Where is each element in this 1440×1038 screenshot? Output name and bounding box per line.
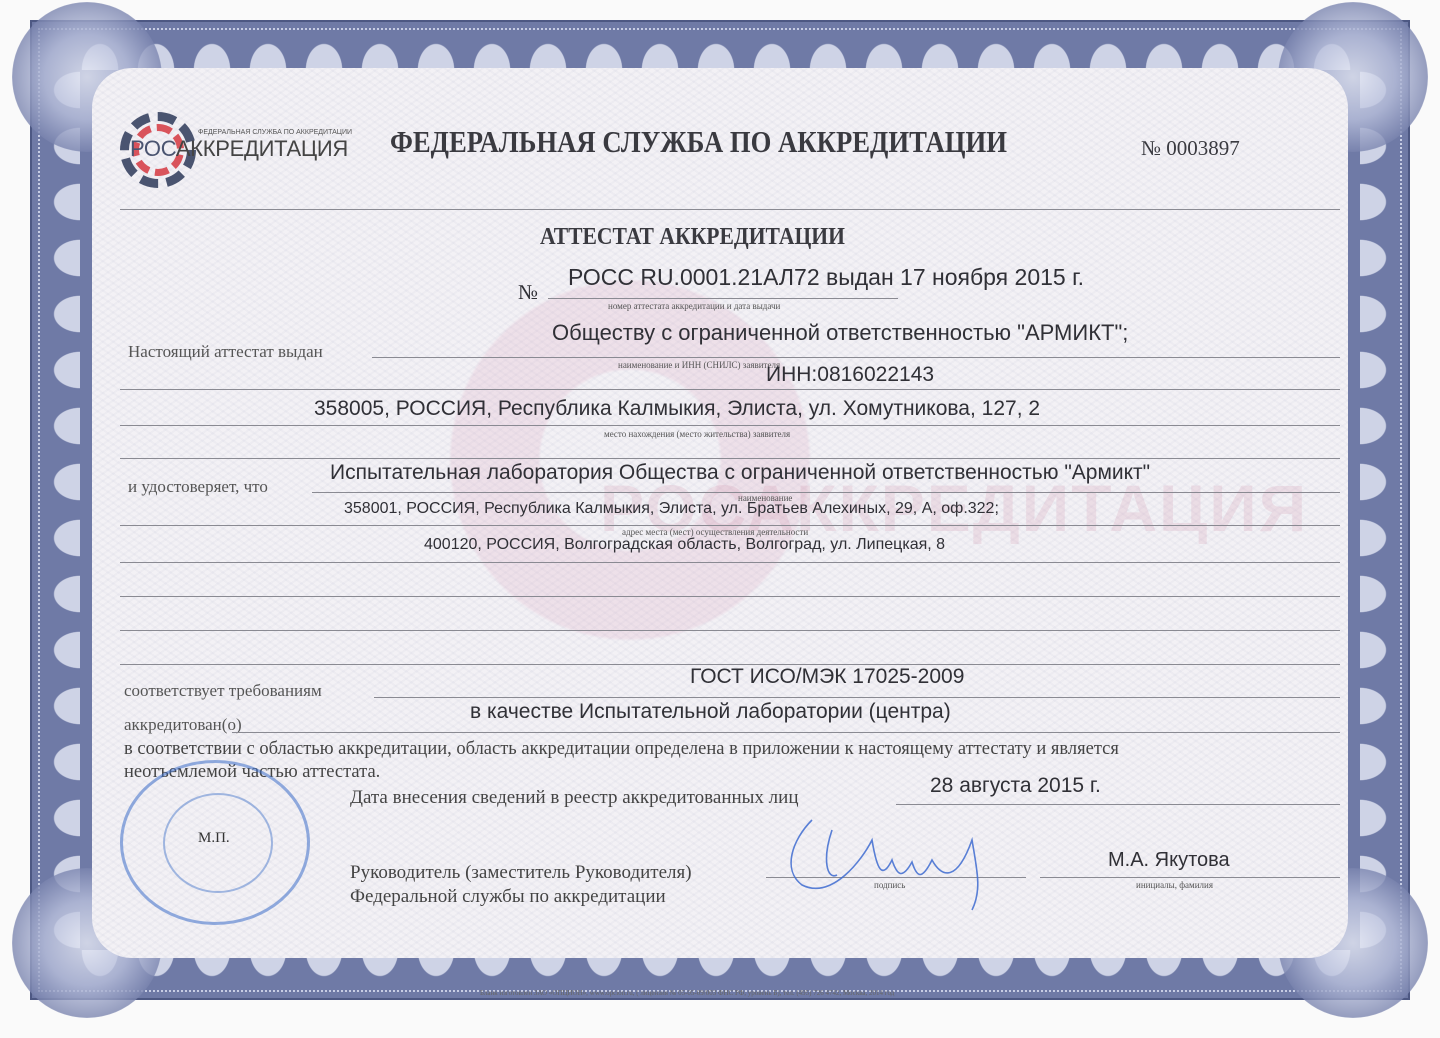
seal-placeholder-label: М.П. [198,830,230,847]
logo-subtitle: ФЕДЕРАЛЬНАЯ СЛУЖБА ПО АККРЕДИТАЦИИ [198,129,352,136]
printer-imprint: Бланк изготовлен ЗАО «ОПЦИОН», www.opcio… [480,989,894,997]
watermark-emblem-icon [420,250,840,670]
logo-suffix: АККРЕДИТАЦИЯ [176,136,348,161]
logo-prefix: РОС [130,136,176,161]
underline [120,389,1340,390]
form-number: № 0003897 [1141,136,1240,161]
rosaccreditation-logo: ФЕДЕРАЛЬНАЯ СЛУЖБА ПО АККРЕДИТАЦИИ РОСАК… [120,108,360,194]
scope-text-line-1: в соответствии с областью аккредитации, … [124,739,1119,760]
border-ornament-top [72,30,1368,70]
certificate-number-caption: номер аттестата аккредитации и дата выда… [608,301,780,311]
border-ornament-left [40,62,80,958]
applicant-inn: ИНН:0816022143 [766,363,934,387]
underline [232,732,1340,733]
underline [120,562,1340,563]
underline [548,298,898,299]
laboratory-address-2: 400120, РОССИЯ, Волгоградская область, В… [424,536,945,554]
signatory-title-line-2: Федеральной службы по аккредитации [350,886,666,908]
registry-date-label: Дата внесения сведений в реестр аккредит… [350,787,799,809]
accreditation-capacity: в качестве Испытательной лаборатории (це… [470,700,951,724]
underline [120,425,1340,426]
underline [120,596,1340,597]
certificate-number: РОСС RU.0001.21АЛ72 выдан 17 ноября 2015… [568,264,1084,291]
signatory-name: М.А. Якутова [1108,849,1230,872]
underline [120,458,1340,459]
logo-wordmark: РОСАККРЕДИТАЦИЯ [130,136,348,162]
divider [120,209,1340,210]
underline [120,525,1340,526]
issued-to-label: Настоящий аттестат выдан [128,342,323,362]
agency-title: ФЕДЕРАЛЬНАЯ СЛУЖБА ПО АККРЕДИТАЦИИ [390,124,1007,160]
applicant-name-caption: наименование и ИНН (СНИЛС) заявителя [618,360,780,370]
certificate-heading: АТТЕСТАТ АККРЕДИТАЦИИ [540,224,845,251]
signatory-title-line-1: Руководитель (заместитель Руководителя) [350,862,692,884]
underline [120,630,1340,631]
number-sign: № [518,280,538,305]
laboratory-name: Испытательная лаборатория Общества с огр… [330,461,1150,485]
border-ornament-right [1360,62,1400,958]
applicant-name: Обществу с ограниченной ответственностью… [552,320,1128,346]
signatory-name-caption: инициалы, фамилия [1136,880,1213,890]
underline [312,492,1340,493]
underline [374,697,1340,698]
requirements-label: соответствует требованиям [124,681,322,701]
accredited-label: аккредитован(о) [124,715,242,735]
registry-date: 28 августа 2015 г. [930,774,1101,798]
laboratory-address-1: 358001, РОССИЯ, Республика Калмыкия, Эли… [344,500,999,518]
certifies-label: и удостоверяет, что [128,477,268,497]
handwritten-signature-icon [772,800,1002,920]
underline [1040,877,1340,878]
applicant-address: 358005, РОССИЯ, Республика Калмыкия, Эли… [314,397,1040,421]
underline [372,357,1340,358]
requirements-standard: ГОСТ ИСО/МЭК 17025-2009 [690,665,964,689]
applicant-address-caption: место нахождения (место жительства) заяв… [604,429,790,439]
